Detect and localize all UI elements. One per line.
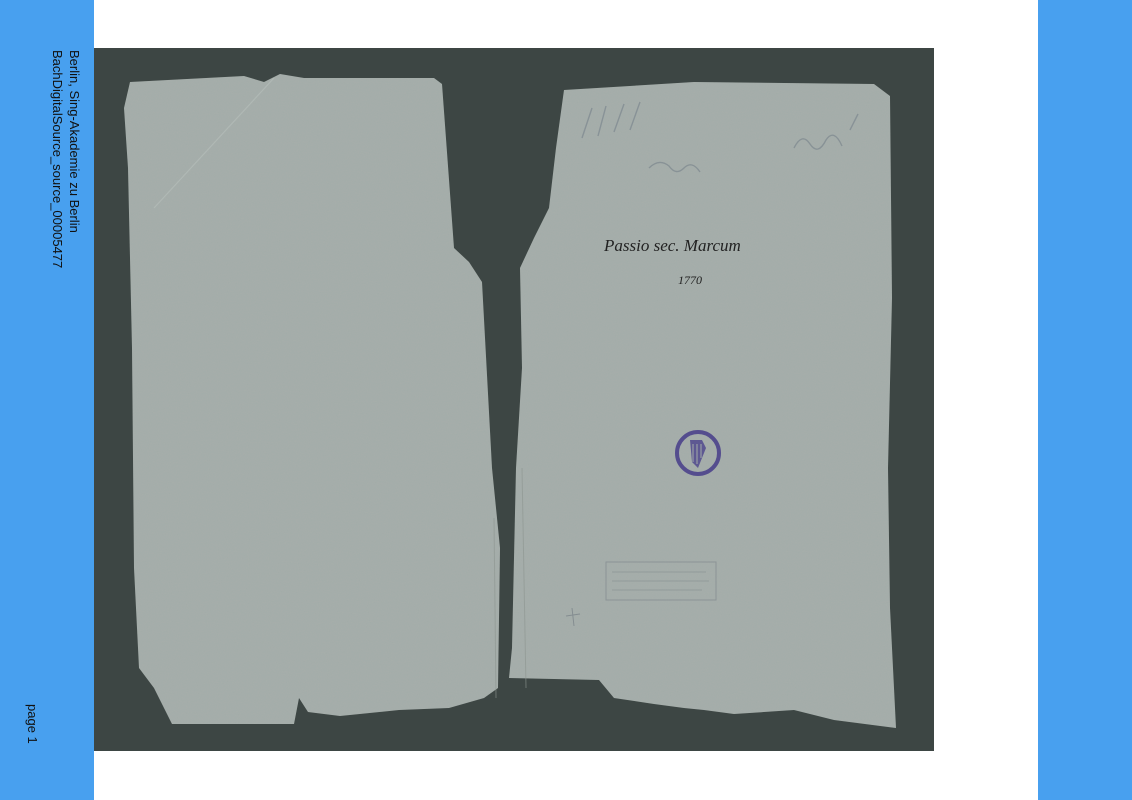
left-info-bar: Berlin, Sing-Akademie zu Berlin BachDigi… xyxy=(0,0,94,800)
page-label: page 1 xyxy=(25,704,40,744)
right-info-bar: D-Bsa SA 22 Titelumschlag - Titelumschla… xyxy=(1038,0,1132,800)
institution-label: Berlin, Sing-Akademie zu Berlin xyxy=(67,50,82,233)
right-page xyxy=(509,82,896,728)
manuscript-scan: Passio sec. Marcum 1770 xyxy=(94,48,934,751)
handwritten-year: 1770 xyxy=(678,273,702,287)
handwritten-title: Passio sec. Marcum xyxy=(603,236,741,255)
left-page xyxy=(124,74,500,724)
source-id-label: BachDigitalSource_source_00005477 xyxy=(50,50,65,268)
